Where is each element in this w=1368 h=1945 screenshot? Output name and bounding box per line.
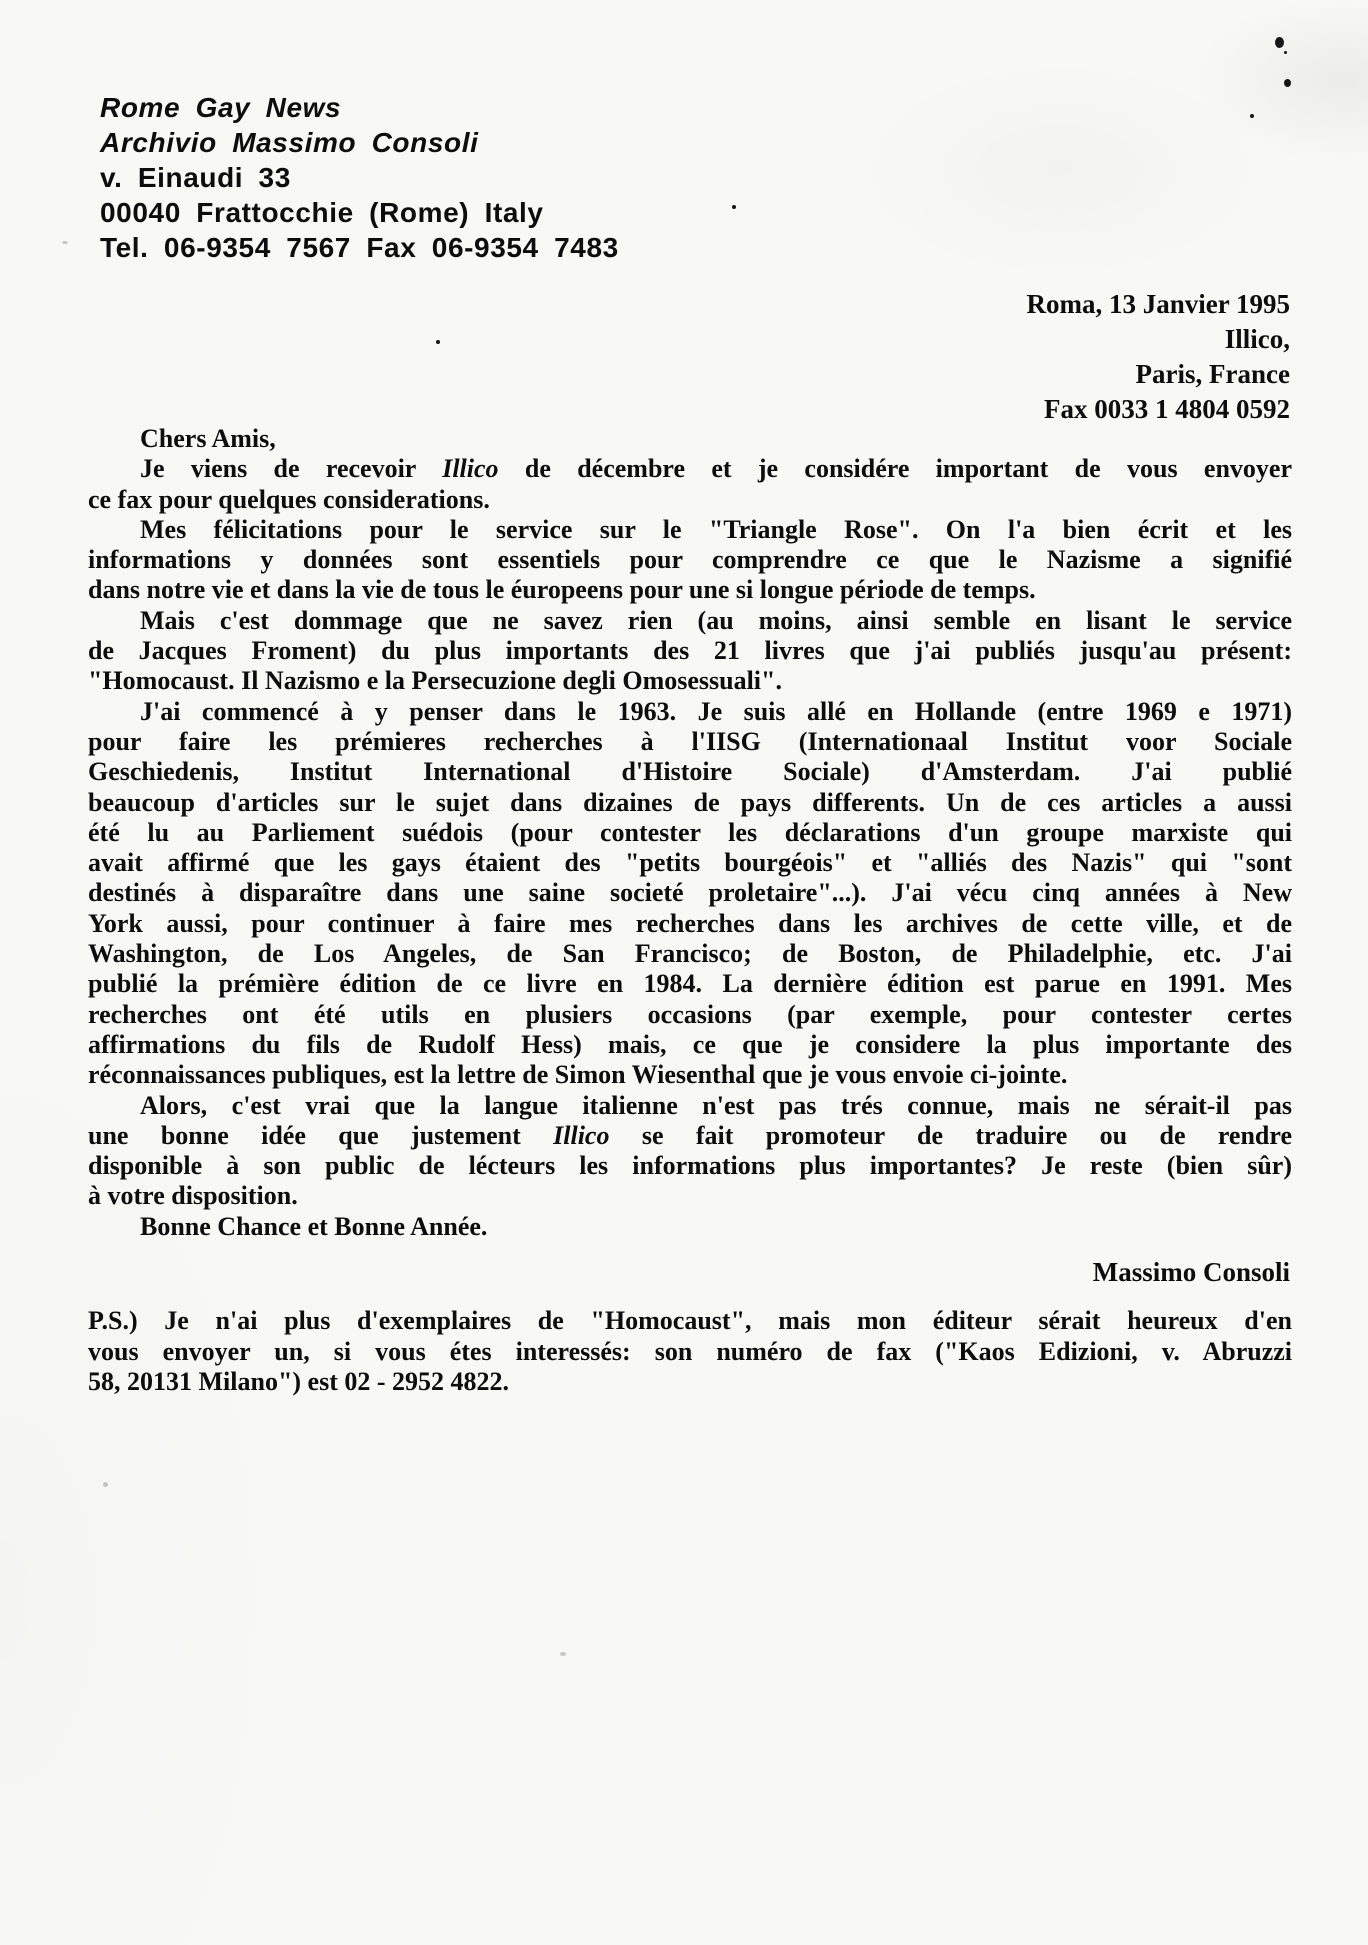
body-line: avait affirmé que les gays étaient des "…: [88, 848, 1292, 878]
body-line: Je viens de recevoir Illico de décembre …: [88, 454, 1292, 484]
body-line: disponible à son public de lécteurs les …: [88, 1151, 1292, 1181]
signature: Massimo Consoli: [1093, 1256, 1290, 1288]
body-line: Bonne Chance et Bonne Année.: [88, 1212, 1292, 1242]
scan-speck: [1284, 51, 1287, 54]
body-line: été lu au Parliement suédois (pour conte…: [88, 818, 1292, 848]
body-line: J'ai commencé à y penser dans le 1963. J…: [88, 697, 1292, 727]
postscript: P.S.) Je n'ai plus d'exemplaires de "Hom…: [88, 1306, 1292, 1398]
letterhead-line: Archivio Massimo Consoli: [100, 125, 619, 160]
body-line: 58, 20131 Milano") est 02 - 2952 4822.: [88, 1367, 1292, 1398]
body-line: "Homocaust. Il Nazismo e la Persecuzione…: [88, 666, 1292, 696]
paragraph: J'ai commencé à y penser dans le 1963. J…: [88, 697, 1292, 1091]
body-line: Alors, c'est vrai que la langue italienn…: [88, 1091, 1292, 1121]
body-line: de Jacques Froment) du plus importants d…: [88, 636, 1292, 666]
letter-body: Chers Amis,Je viens de recevoir Illico d…: [88, 424, 1292, 1242]
date-line: Illico,: [1027, 322, 1291, 357]
body-line: pour faire les prémieres recherches à l'…: [88, 727, 1292, 757]
scan-speck: [1275, 37, 1284, 48]
scan-speck: [103, 1482, 108, 1487]
date-block: Roma, 13 Janvier 1995Illico,Paris, Franc…: [1027, 287, 1291, 427]
body-line: ce fax pour quelques considerations.: [88, 485, 1292, 515]
scan-speck: [436, 340, 440, 344]
body-line: dans notre vie et dans la vie de tous le…: [88, 575, 1292, 605]
body-line: Chers Amis,: [88, 424, 1292, 454]
paragraph: Mais c'est dommage que ne savez rien (au…: [88, 606, 1292, 697]
paragraph: P.S.) Je n'ai plus d'exemplaires de "Hom…: [88, 1306, 1292, 1398]
body-line: Mais c'est dommage que ne savez rien (au…: [88, 606, 1292, 636]
paragraph: Chers Amis,: [88, 424, 1292, 454]
body-line: Washington, de Los Angeles, de San Franc…: [88, 939, 1292, 969]
paragraph: Alors, c'est vrai que la langue italienn…: [88, 1091, 1292, 1212]
letterhead: Rome Gay NewsArchivio Massimo Consoliv. …: [100, 90, 619, 265]
body-line: publié la prémière édition de ce livre e…: [88, 969, 1292, 999]
date-line: Fax 0033 1 4804 0592: [1027, 392, 1291, 427]
body-line: réconnaissances publiques, est la lettre…: [88, 1060, 1292, 1090]
scan-speck: [62, 241, 68, 244]
body-line: Geschiedenis, Institut International d'H…: [88, 757, 1292, 787]
letter-page: Rome Gay NewsArchivio Massimo Consoliv. …: [0, 0, 1368, 1945]
body-line: York aussi, pour continuer à faire mes r…: [88, 909, 1292, 939]
date-line: Roma, 13 Janvier 1995: [1027, 287, 1291, 322]
body-line: une bonne idée que justement Illico se f…: [88, 1121, 1292, 1151]
letterhead-line: 00040 Frattocchie (Rome) Italy: [100, 195, 619, 230]
body-line: vous envoyer un, si vous étes interessés…: [88, 1337, 1292, 1368]
date-line: Paris, France: [1027, 357, 1291, 392]
body-line: Mes félicitations pour le service sur le…: [88, 515, 1292, 545]
body-line: informations y données sont essentiels p…: [88, 545, 1292, 575]
body-line: P.S.) Je n'ai plus d'exemplaires de "Hom…: [88, 1306, 1292, 1337]
body-line: destinés à disparaître dans une saine so…: [88, 878, 1292, 908]
body-line: recherches ont été utils en plusiers occ…: [88, 1000, 1292, 1030]
body-line: affirmations du fils de Rudolf Hess) mai…: [88, 1030, 1292, 1060]
letterhead-line: Rome Gay News: [100, 90, 619, 125]
body-line: à votre disposition.: [88, 1181, 1292, 1211]
scan-speck: [1284, 79, 1291, 87]
scan-speck: [560, 1652, 566, 1656]
scan-speck: [1250, 114, 1254, 118]
paragraph: Bonne Chance et Bonne Année.: [88, 1212, 1292, 1242]
letterhead-line: Tel. 06-9354 7567 Fax 06-9354 7483: [100, 230, 619, 265]
scan-speck: [732, 205, 736, 209]
body-line: beaucoup d'articles sur le sujet dans di…: [88, 788, 1292, 818]
letterhead-line: v. Einaudi 33: [100, 160, 619, 195]
paragraph: Je viens de recevoir Illico de décembre …: [88, 454, 1292, 515]
paragraph: Mes félicitations pour le service sur le…: [88, 515, 1292, 606]
